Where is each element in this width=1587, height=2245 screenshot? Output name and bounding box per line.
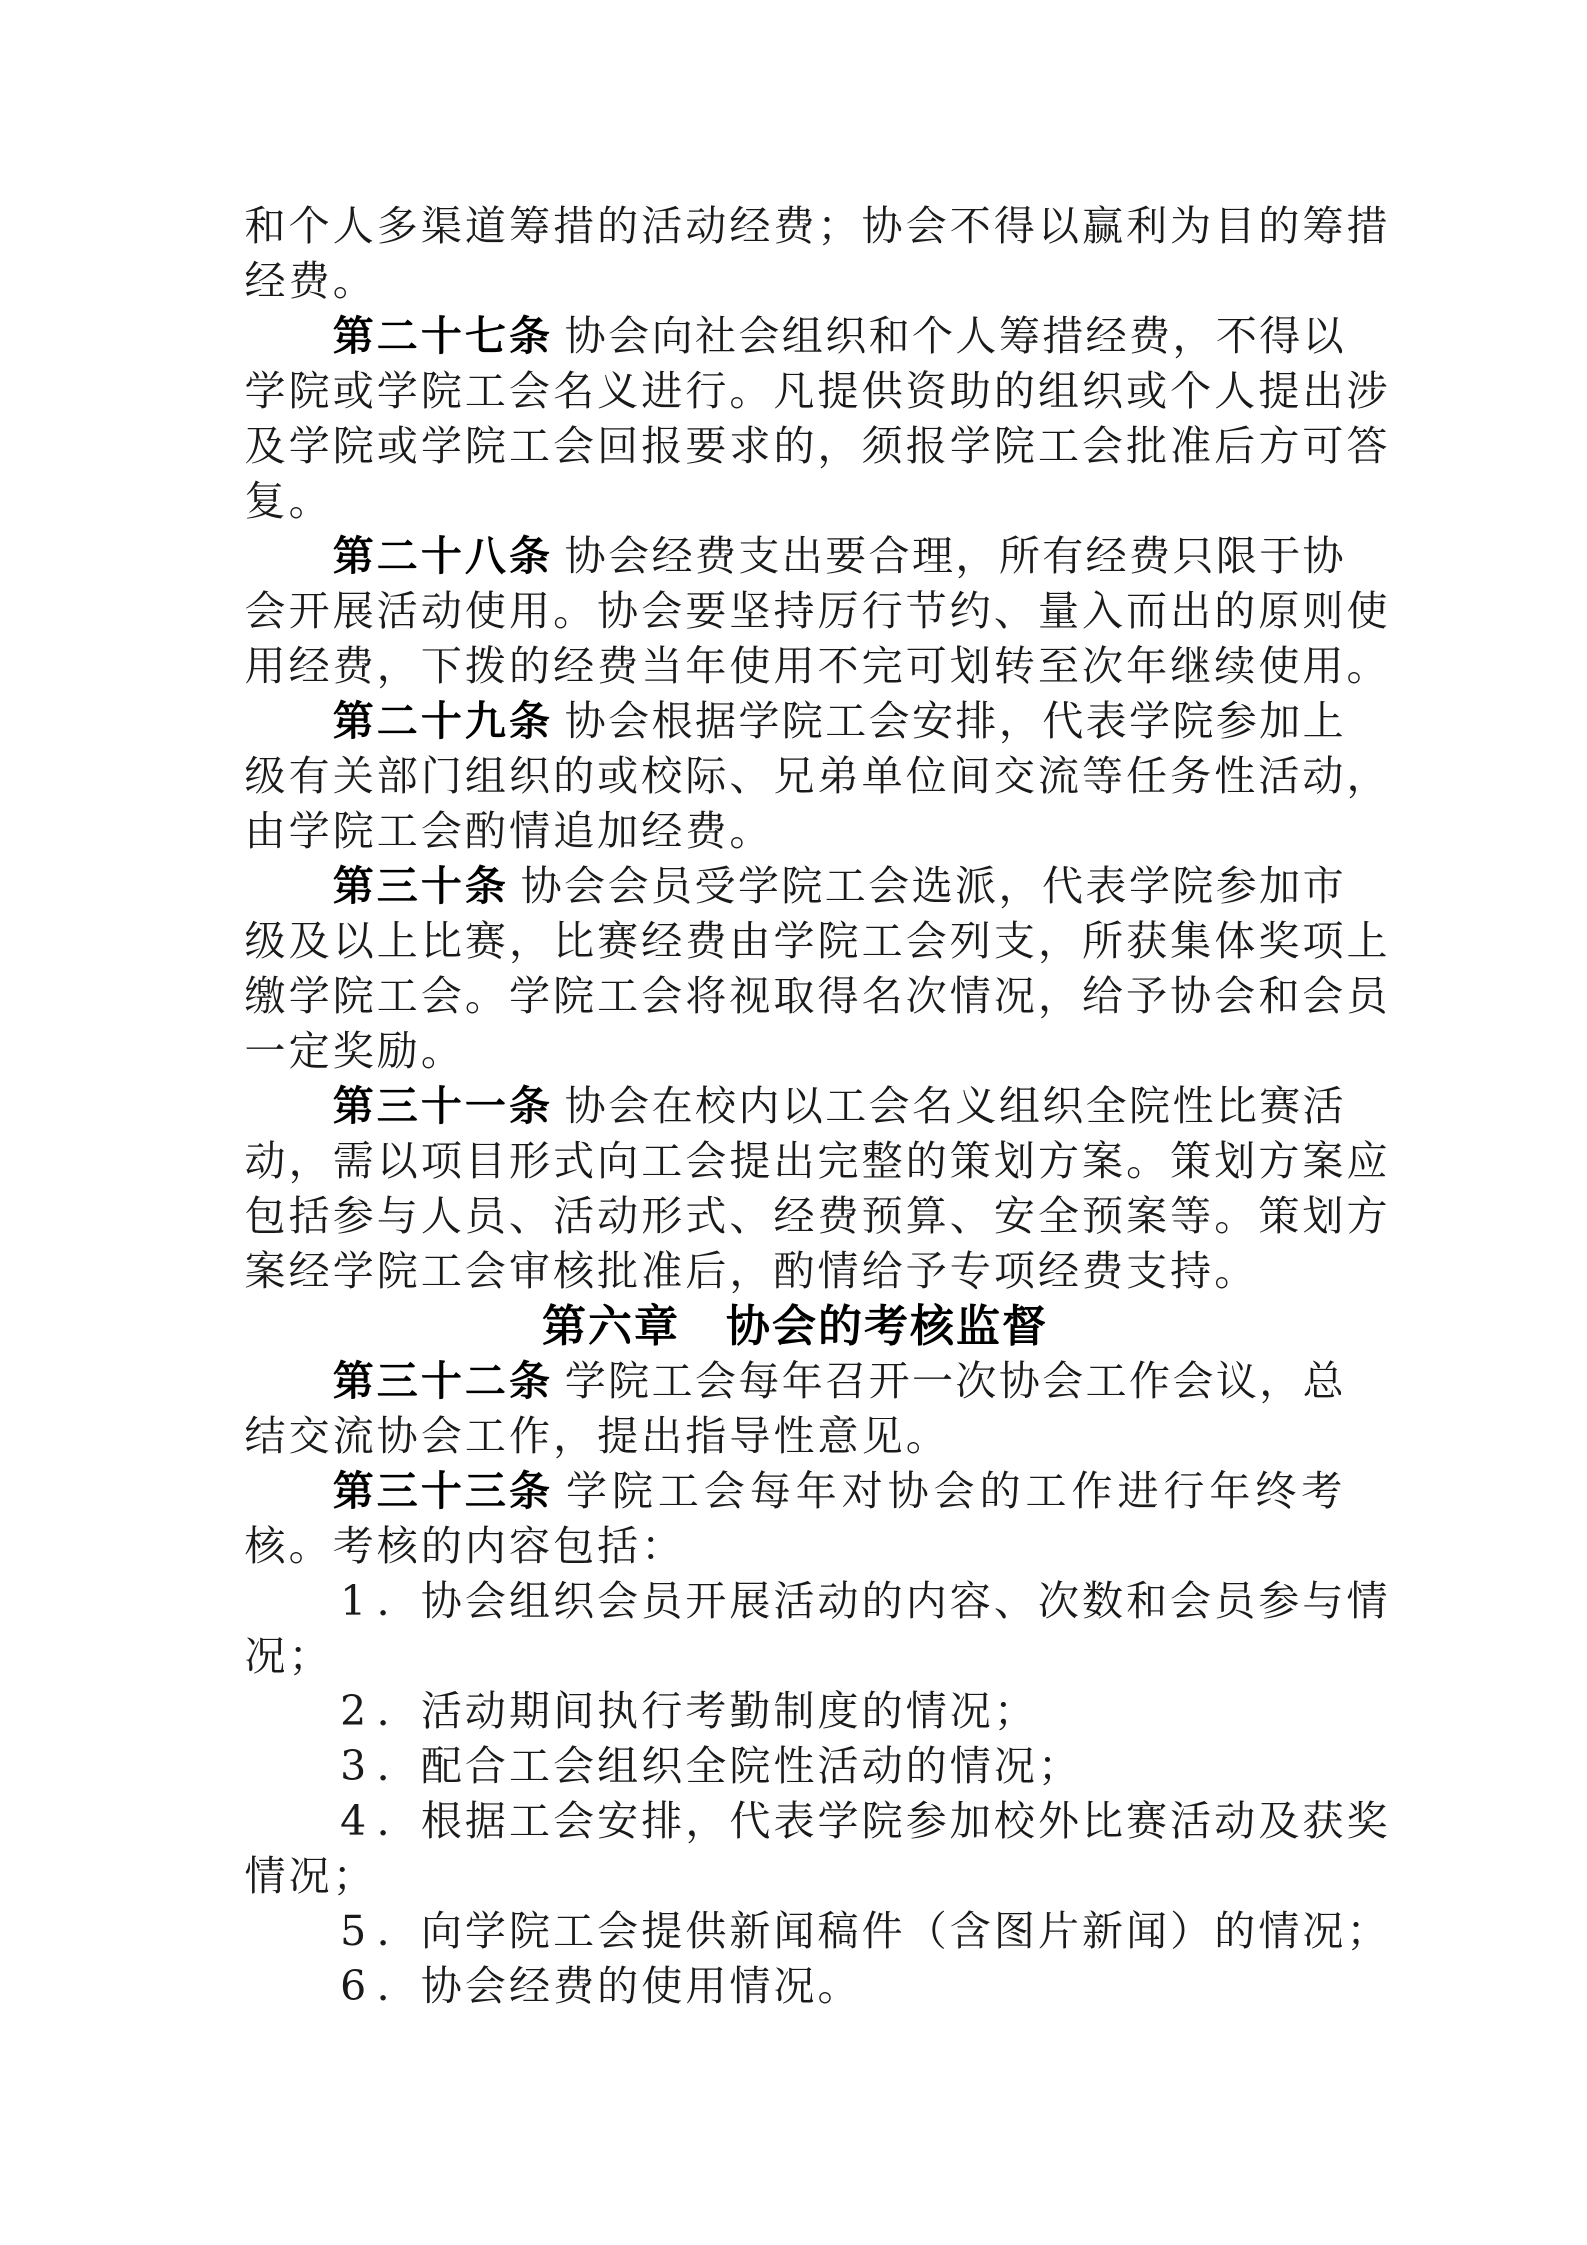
glyph: 协 [725, 1299, 771, 1354]
glyph: 况 [948, 1684, 992, 1739]
glyph: ； [1345, 1904, 1389, 1959]
glyph: 性 [772, 1409, 816, 1464]
glyph: 使 [463, 584, 507, 639]
glyph: 项 [419, 1134, 463, 1189]
glyph: 方 [1345, 1189, 1389, 1244]
glyph: 和 [1125, 1574, 1169, 1629]
glyph: 安 [911, 694, 954, 749]
glyph: 5 [331, 1904, 375, 1959]
glyph: 以 [781, 1079, 824, 1134]
glyph: 奖 [1345, 1794, 1389, 1849]
glyph: 学 [772, 914, 816, 969]
glyph: 作 [1128, 1354, 1171, 1409]
glyph: 的 [992, 364, 1036, 419]
text-line: 2．活动期间执行考勤制度的情况； [243, 1684, 1345, 1739]
glyph: 的 [419, 1519, 463, 1574]
article-text: 协会会员受学院工会选派，代表学院参加市 [519, 862, 1344, 910]
glyph: 作 [507, 1409, 551, 1464]
paragraph-text: 案经学院工会审核批准后，酌情给予专项经费支持。 [243, 1247, 1257, 1295]
glyph: 措 [1041, 309, 1084, 364]
indent-space [243, 309, 287, 364]
glyph: 门 [419, 749, 463, 804]
text-line: 用经费，下拨的经费当年使用不完可划转至次年继续使用。 [243, 639, 1345, 694]
article-line: 第三十三条学院工会每年对协会的工作进行年终考 [243, 1464, 1345, 1519]
glyph: 代 [728, 1794, 772, 1849]
glyph: 协 [419, 1959, 463, 2014]
glyph: 包 [243, 1189, 287, 1244]
glyph: 坚 [728, 584, 772, 639]
glyph: 。 [463, 969, 507, 1024]
glyph: 划 [1301, 1189, 1345, 1244]
paragraph-text: 由学院工会酌情追加经费。 [243, 807, 772, 855]
glyph: 考 [863, 1299, 909, 1354]
glyph: 复 [243, 474, 287, 529]
glyph: 终 [1253, 1464, 1299, 1519]
glyph: 行 [640, 1684, 684, 1739]
glyph: 出 [640, 1409, 684, 1464]
glyph: 学 [564, 1354, 607, 1409]
glyph: 于 [1258, 529, 1301, 584]
glyph: 第 [541, 1299, 587, 1354]
glyph: 院 [552, 969, 596, 1024]
text-line: 级及以上比赛，比赛经费由学院工会列支，所获集体奖项上 [243, 914, 1345, 969]
glyph: ， [375, 639, 419, 694]
glyph: 经 [243, 254, 287, 309]
glyph: 取 [772, 969, 816, 1024]
glyph: 三 [375, 1354, 419, 1409]
glyph: 单 [860, 749, 904, 804]
glyph: 和 [1257, 969, 1301, 1024]
glyph: 会 [904, 914, 948, 969]
glyph: 提 [640, 1904, 684, 1959]
glyph: 学 [507, 969, 551, 1024]
glyph: 筹 [998, 309, 1041, 364]
glyph: 工 [463, 1409, 507, 1464]
glyph: 会 [1213, 969, 1257, 1024]
glyph: 三 [463, 1464, 507, 1519]
text-line: 3．配合工会组织全院性活动的情况； [243, 1739, 1345, 1794]
glyph: 务 [1169, 749, 1213, 804]
glyph: ． [375, 1959, 419, 2014]
glyph: 续 [1213, 639, 1257, 694]
glyph: 据 [694, 694, 737, 749]
glyph: 学 [463, 1904, 507, 1959]
glyph: 支 [1125, 1244, 1169, 1299]
glyph: 代 [1041, 859, 1084, 914]
glyph: 加 [1258, 859, 1301, 914]
glyph: 和 [867, 309, 910, 364]
glyph: 性 [772, 1739, 816, 1794]
text-line: 结交流协会工作，提出指导性意见。 [243, 1409, 1345, 1464]
glyph: 织 [1080, 364, 1124, 419]
glyph: 道 [463, 199, 507, 254]
glyph: 划 [1213, 1134, 1257, 1189]
glyph: 的 [817, 1299, 863, 1354]
glyph: ， [998, 694, 1041, 749]
text-line: 及学院或学院工会回报要求的，须报学院工会批准后方可答 [243, 419, 1345, 474]
glyph: 的 [596, 1959, 640, 2014]
glyph: 院 [728, 1739, 772, 1794]
indent-space [287, 1904, 331, 1959]
glyph: 全 [1036, 1189, 1080, 1244]
glyph: 会 [607, 309, 650, 364]
glyph: ， [1345, 749, 1389, 804]
glyph: 间 [552, 1684, 596, 1739]
glyph: 三 [375, 1079, 419, 1134]
glyph: 学 [243, 364, 287, 419]
glyph: 策 [948, 1134, 992, 1189]
glyph: 会 [552, 1794, 596, 1849]
article-line: 第二十八条协会经费支出要合理，所有经费只限于协 [243, 529, 1345, 584]
glyph: 用 [507, 584, 551, 639]
indent-space [287, 1464, 331, 1519]
glyph: 节 [904, 584, 948, 639]
glyph: 而 [1125, 584, 1169, 639]
glyph: 案 [1301, 1134, 1345, 1189]
glyph: 使 [728, 639, 772, 694]
indent-space [287, 1079, 331, 1134]
indent-space [287, 529, 331, 584]
glyph: 下 [419, 639, 463, 694]
glyph: 预 [1080, 1189, 1124, 1244]
glyph: 第 [331, 1079, 375, 1134]
glyph: 会 [694, 1354, 737, 1409]
glyph: 经 [1084, 309, 1127, 364]
glyph: 方 [1036, 1134, 1080, 1189]
glyph: 校 [694, 1079, 737, 1134]
article-line: 第三十条协会会员受学院工会选派，代表学院参加市 [243, 859, 1345, 914]
glyph: 片 [1036, 1904, 1080, 1959]
article-number: 第三十一条 [331, 1082, 551, 1130]
glyph: 会 [1301, 969, 1345, 1024]
glyph: 院 [781, 694, 824, 749]
glyph: 费 [684, 914, 728, 969]
glyph: ． [375, 1684, 419, 1739]
glyph: 制 [772, 1684, 816, 1739]
glyph: 上 [1345, 914, 1389, 969]
glyph: ， [1036, 914, 1080, 969]
glyph: 为 [1169, 199, 1213, 254]
paragraph-text: 动，需以项目形式向工会提出完整的策划方案。策划方案应 [243, 1137, 1389, 1185]
glyph: 缴 [243, 969, 287, 1024]
glyph: ， [1171, 309, 1214, 364]
glyph: 向 [596, 1134, 640, 1189]
glyph: 动 [419, 584, 463, 639]
glyph: 会 [904, 199, 948, 254]
glyph: 得 [816, 969, 860, 1024]
indent-space [287, 694, 331, 749]
glyph: ； [992, 1684, 1036, 1739]
article-number: 第三十二条 [331, 1357, 551, 1405]
glyph: 目 [463, 1134, 507, 1189]
glyph: 院 [780, 859, 823, 914]
text-line: 一定奖励。 [243, 1024, 1345, 1079]
glyph: 的 [1213, 1904, 1257, 1959]
glyph: 的 [1213, 584, 1257, 639]
glyph: 员 [1345, 969, 1389, 1024]
glyph: 有 [287, 749, 331, 804]
article-number: 第三十条 [331, 862, 507, 910]
glyph: 加 [948, 1794, 992, 1849]
glyph: 、 [992, 1574, 1036, 1629]
glyph: 比 [1215, 1079, 1258, 1134]
glyph: 会 [552, 1739, 596, 1794]
glyph: 年 [1125, 639, 1169, 694]
glyph: 况 [287, 1849, 331, 1904]
glyph: 活 [1301, 1079, 1344, 1134]
glyph: 进 [640, 364, 684, 419]
paragraph-text: 一定奖励。 [243, 1027, 463, 1075]
glyph: 学 [287, 969, 331, 1024]
glyph: 表 [772, 1794, 816, 1849]
glyph: 的 [507, 639, 551, 694]
glyph: 情 [507, 804, 551, 859]
glyph: 费 [1080, 1244, 1124, 1299]
glyph: ， [997, 859, 1040, 914]
glyph: 使 [1345, 584, 1389, 639]
glyph: 每 [747, 1464, 793, 1519]
glyph: 求 [728, 419, 772, 474]
glyph: 名 [911, 1079, 954, 1134]
glyph: 参 [1214, 859, 1257, 914]
paragraph-text: 5．向学院工会提供新闻稿件（含图片新闻）的情况； [331, 1907, 1389, 1955]
glyph: 校 [992, 1794, 1036, 1849]
glyph: 后 [684, 1244, 728, 1299]
glyph: 七 [463, 309, 507, 364]
glyph: 追 [552, 804, 596, 859]
glyph: 将 [684, 969, 728, 1024]
glyph: 动 [463, 1684, 507, 1739]
glyph: 次 [1080, 639, 1124, 694]
glyph: 协 [564, 529, 607, 584]
glyph: 会 [507, 364, 551, 419]
glyph: 会 [607, 1079, 650, 1134]
glyph: 等 [1169, 1189, 1213, 1244]
glyph: 意 [816, 1409, 860, 1464]
glyph: 要 [684, 584, 728, 639]
glyph: 批 [596, 1244, 640, 1299]
text-line: 况； [243, 1629, 1345, 1684]
glyph: 会 [867, 859, 910, 914]
glyph: 三 [375, 859, 419, 914]
glyph: 十 [419, 1464, 463, 1519]
chapter-heading: 第六章协会的考核监督 [243, 1299, 1345, 1354]
glyph: 。 [1125, 1134, 1169, 1189]
glyph: 校 [640, 749, 684, 804]
glyph: 审 [507, 1244, 551, 1299]
glyph: 工 [1084, 1354, 1127, 1409]
article-text: 学院工会每年对协会的工作进行年终考 [564, 1467, 1345, 1515]
glyph: 完 [860, 639, 904, 694]
glyph: 协 [375, 1409, 419, 1464]
glyph: 会 [607, 694, 650, 749]
glyph: 赢 [1080, 199, 1124, 254]
glyph: 筹 [1301, 199, 1345, 254]
glyph: 报 [904, 419, 948, 474]
glyph: 会 [463, 1959, 507, 2014]
glyph: 院 [610, 1464, 656, 1519]
glyph: 上 [375, 914, 419, 969]
glyph: 式 [552, 1134, 596, 1189]
glyph: 渠 [419, 199, 463, 254]
glyph: 会 [640, 969, 684, 1024]
glyph: 十 [419, 694, 463, 749]
glyph: 不 [1215, 309, 1258, 364]
glyph: 组 [998, 1079, 1041, 1134]
glyph: 会 [463, 1574, 507, 1629]
glyph: 用 [1301, 639, 1345, 694]
glyph: 院 [1171, 859, 1214, 914]
glyph: 动 [1213, 1794, 1257, 1849]
glyph: 流 [1036, 749, 1080, 804]
glyph: 配 [419, 1739, 463, 1794]
glyph: 工 [824, 694, 867, 749]
glyph: 学 [737, 694, 780, 749]
glyph: 全 [1084, 1079, 1127, 1134]
glyph: 奖 [331, 1024, 375, 1079]
glyph: 十 [419, 309, 463, 364]
glyph: 第 [331, 859, 375, 914]
paragraph-text: 用经费，下拨的经费当年使用不完可划转至次年继续使用。 [243, 642, 1389, 690]
glyph: 算 [904, 1189, 948, 1244]
glyph: 二 [463, 1354, 507, 1409]
glyph: 交 [992, 749, 1036, 804]
glyph: 内 [737, 1079, 780, 1134]
glyph: 准 [1169, 419, 1213, 474]
glyph: 活 [640, 199, 684, 254]
glyph: 提 [728, 1134, 772, 1189]
glyph: 动 [596, 1189, 640, 1244]
glyph: 员 [650, 859, 693, 914]
glyph: 第 [331, 1464, 375, 1519]
glyph: 可 [904, 639, 948, 694]
glyph: 二 [375, 529, 419, 584]
glyph: 总 [1301, 1354, 1344, 1409]
glyph: 年 [781, 1354, 824, 1409]
article-line: 第三十一条协会在校内以工会名义组织全院性比赛活 [243, 1079, 1345, 1134]
glyph: 由 [243, 804, 287, 859]
glyph: 使 [1257, 639, 1301, 694]
glyph: 及 [1257, 1794, 1301, 1849]
glyph: 开 [867, 1354, 910, 1409]
glyph: 定 [287, 1024, 331, 1079]
glyph: 参 [1257, 1574, 1301, 1629]
glyph: 会 [419, 969, 463, 1024]
glyph: 次 [904, 969, 948, 1024]
glyph: ， [1258, 1354, 1301, 1409]
glyph: 条 [507, 694, 551, 749]
glyph: 活 [552, 1189, 596, 1244]
article-line: 第二十七条协会向社会组织和个人筹措经费，不得以 [243, 309, 1345, 364]
glyph: 学 [564, 1464, 610, 1519]
indent-space [243, 1959, 287, 2014]
glyph: 织 [1041, 1079, 1084, 1134]
glyph: 得 [1258, 309, 1301, 364]
article-text: 协会根据学院工会安排，代表学院参加上 [564, 697, 1345, 745]
glyph: 向 [650, 309, 693, 364]
glyph: 新 [728, 1904, 772, 1959]
glyph: 6 [331, 1959, 375, 2014]
indent-space [243, 1684, 287, 1739]
paragraph-text: 缴学院工会。学院工会将视取得名次情况，给予协会和会员 [243, 972, 1389, 1020]
glyph: 2 [331, 1684, 375, 1739]
document-page: 和个人多渠道筹措的活动经费；协会不得以赢利为目的筹措经费。 第二十七条协会向社会… [0, 0, 1587, 2245]
glyph: 动 [860, 1739, 904, 1794]
paragraph-text: 2．活动期间执行考勤制度的情况； [331, 1687, 1036, 1735]
glyph: 活 [375, 584, 419, 639]
paragraph-text: 4．根据工会安排，代表学院参加校外比赛活动及获奖 [331, 1797, 1389, 1845]
glyph: 酌 [772, 1244, 816, 1299]
glyph: 比 [552, 914, 596, 969]
paragraph-text: 会开展活动使用。协会要坚持厉行节约、量入而出的原则使 [243, 587, 1389, 635]
glyph: 案 [1125, 1189, 1169, 1244]
text-line: 会开展活动使用。协会要坚持厉行节约、量入而出的原则使 [243, 584, 1345, 639]
glyph: 协 [419, 1574, 463, 1629]
glyph: 答 [1345, 419, 1389, 474]
glyph: 工 [824, 1079, 867, 1134]
glyph: 协 [596, 584, 640, 639]
glyph: 度 [816, 1684, 860, 1739]
glyph: 。 [287, 474, 331, 529]
glyph: 或 [596, 749, 640, 804]
glyph: 的 [904, 1739, 948, 1794]
glyph: 费 [331, 639, 375, 694]
glyph: 包 [552, 1519, 596, 1574]
glyph: ： [640, 1519, 684, 1574]
glyph: 条 [507, 1464, 551, 1519]
paragraph-text: 3．配合工会组织全院性活动的情况； [331, 1742, 1080, 1790]
glyph: 约 [948, 584, 992, 639]
glyph: 导 [728, 1409, 772, 1464]
glyph: 得 [992, 199, 1036, 254]
indent-space [243, 1079, 287, 1134]
glyph: 、 [992, 584, 1036, 639]
glyph: 参 [904, 1794, 948, 1849]
glyph: 出 [1169, 584, 1213, 639]
glyph: 工 [1036, 419, 1080, 474]
glyph: 结 [243, 1409, 287, 1464]
article-number: 第二十八条 [331, 532, 551, 580]
glyph: 活 [816, 1739, 860, 1794]
glyph: 院 [331, 804, 375, 859]
glyph: 与 [375, 1189, 419, 1244]
glyph: 条 [507, 529, 551, 584]
glyph: 工 [375, 969, 419, 1024]
glyph: 条 [463, 859, 507, 914]
glyph: 级 [243, 914, 287, 969]
glyph: 院 [331, 419, 375, 474]
glyph: 动 [684, 199, 728, 254]
glyph: 工 [596, 969, 640, 1024]
glyph: 情 [816, 1244, 860, 1299]
glyph: 情 [904, 1684, 948, 1739]
glyph: 酌 [463, 804, 507, 859]
glyph: 会 [1171, 1354, 1214, 1409]
glyph: 整 [860, 1134, 904, 1189]
paragraph-text: 及学院或学院工会回报要求的，须报学院工会批准后方可答 [243, 422, 1389, 470]
glyph: 况 [992, 969, 1036, 1024]
glyph: ． [375, 1739, 419, 1794]
glyph: 赛 [463, 914, 507, 969]
glyph: 完 [816, 1134, 860, 1189]
glyph: 一 [243, 1024, 287, 1079]
glyph: 表 [1084, 859, 1127, 914]
glyph: 协 [519, 859, 562, 914]
glyph: 给 [1080, 969, 1124, 1024]
glyph: 合 [867, 529, 910, 584]
glyph: 和 [243, 199, 287, 254]
glyph: 专 [948, 1244, 992, 1299]
